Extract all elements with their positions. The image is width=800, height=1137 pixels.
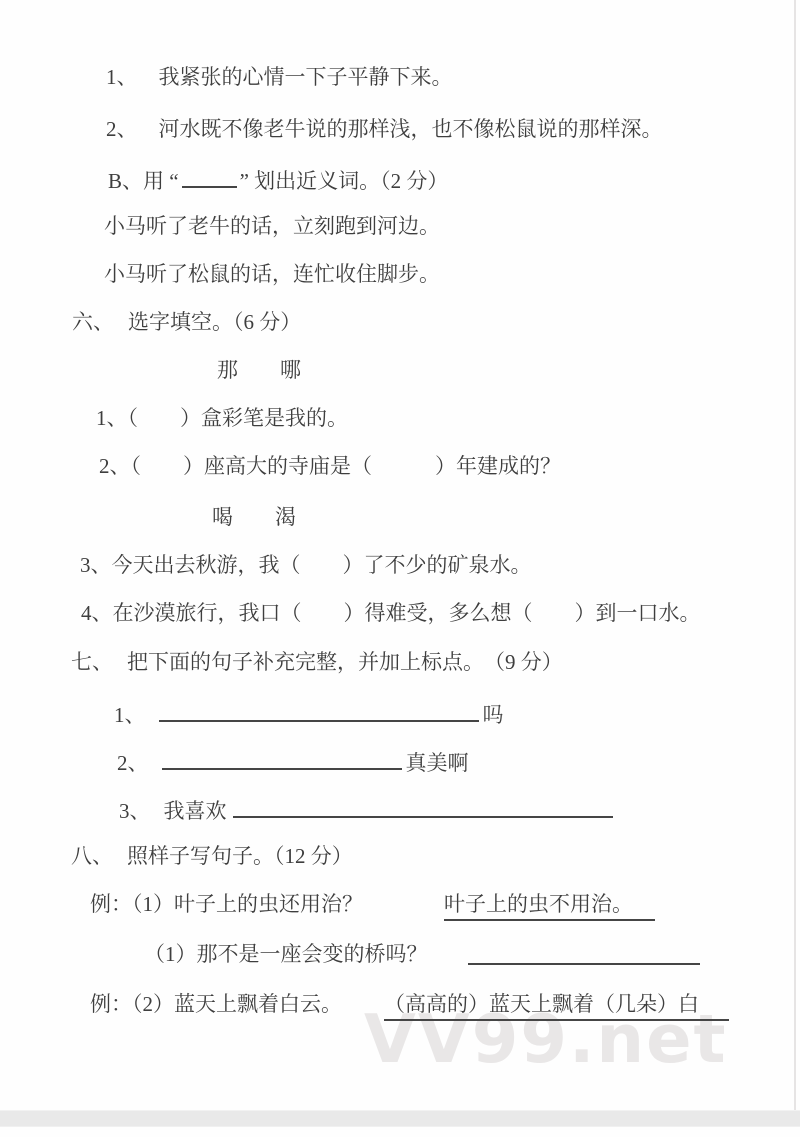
part-b-sentence-2: 小马听了松鼠的话，连忙收住脚步。 bbox=[104, 261, 440, 287]
sentence-text: 小马听了老牛的话，立刻跑到河边。 bbox=[104, 214, 440, 238]
page-edge-line bbox=[794, 0, 796, 1110]
answer-blank bbox=[468, 941, 700, 965]
section6-item-3: 3、今天出去秋游，我（ ）了不少的矿泉水。 bbox=[80, 552, 532, 578]
section6-item-2: 2、（ ）座高大的寺庙是（ ）年建成的？ bbox=[99, 453, 561, 479]
part-b-instruction: B、用 “” 划出近义词。（2 分） bbox=[108, 164, 448, 194]
item-number: 2、 bbox=[106, 116, 138, 142]
item-number: 1、 bbox=[114, 702, 146, 728]
answer-blank bbox=[159, 698, 479, 722]
answer-blank bbox=[233, 794, 613, 818]
section6-choice-pair-1: 那 哪 bbox=[217, 357, 301, 383]
section8-item1-blank bbox=[468, 941, 700, 971]
worksheet-page: VV99.net 1、我紧张的心情一下子平静下来。 2、河水既不像老牛说的那样浅… bbox=[0, 0, 800, 1137]
section8-example1-answer: 叶子上的虫不用治。 bbox=[444, 891, 655, 921]
item-number: 1、 bbox=[106, 64, 138, 90]
section7-heading: 七、把下面的句子补充完整，并加上标点。 （9 分） bbox=[71, 649, 563, 675]
instruction-prefix: B、用 “ bbox=[108, 169, 179, 193]
instruction-suffix: ” 划出近义词。（2 分） bbox=[240, 169, 449, 193]
page-separator-band bbox=[0, 1110, 800, 1127]
item-suffix: 吗 bbox=[483, 703, 504, 727]
section8-item1-question: （1）那不是一座会变的桥吗？ bbox=[144, 941, 428, 967]
section6-heading: 六、选字填空。（6 分） bbox=[72, 309, 301, 335]
example-answer: 叶子上的虫不用治。 bbox=[444, 891, 655, 921]
item-text: 2、（ ）座高大的寺庙是（ ）年建成的？ bbox=[99, 454, 561, 478]
section6-item-4: 4、在沙漠旅行，我口（ ）得难受，多么想（ ）到一口水。 bbox=[81, 600, 701, 626]
section-number: 八、 bbox=[71, 843, 113, 869]
choice-characters: 喝 渴 bbox=[212, 505, 296, 529]
sentence-text: 小马听了松鼠的话，连忙收住脚步。 bbox=[104, 262, 440, 286]
intro-item-2: 2、河水既不像老牛说的那样浅，也不像松鼠说的那样深。 bbox=[106, 116, 663, 142]
section8-example2-question: 例：（2）蓝天上飘着白云。 bbox=[90, 991, 342, 1017]
item-number: 2、 bbox=[117, 750, 149, 776]
section-title: 把下面的句子补充完整，并加上标点。 （9 分） bbox=[127, 650, 563, 674]
section6-item-1: 1、（ ）盒彩笔是我的。 bbox=[96, 405, 348, 431]
section-number: 六、 bbox=[72, 309, 114, 335]
item-text: 1、（ ）盒彩笔是我的。 bbox=[96, 406, 348, 430]
item-number: 3、 bbox=[119, 798, 151, 824]
example-answer: （高高的）蓝天上飘着（几朵）白 bbox=[384, 991, 729, 1021]
section8-heading: 八、照样子写句子。（12 分） bbox=[71, 843, 353, 869]
item-text: （1）那不是一座会变的桥吗？ bbox=[144, 942, 428, 966]
section8-example1-question: 例：（1）叶子上的虫还用治？ bbox=[90, 891, 363, 917]
answer-blank bbox=[182, 164, 237, 188]
item-text: 4、在沙漠旅行，我口（ ）得难受，多么想（ ）到一口水。 bbox=[81, 601, 701, 625]
section-title: 照样子写句子。（12 分） bbox=[127, 844, 353, 868]
example-label: 例：（1）叶子上的虫还用治？ bbox=[90, 892, 363, 916]
part-b-sentence-1: 小马听了老牛的话，立刻跑到河边。 bbox=[104, 213, 440, 239]
intro-item-1: 1、我紧张的心情一下子平静下来。 bbox=[106, 64, 453, 90]
section7-item-1: 1、吗 bbox=[114, 698, 504, 728]
section-number: 七、 bbox=[71, 649, 113, 675]
example-label: 例：（2）蓝天上飘着白云。 bbox=[90, 992, 342, 1016]
section6-choice-pair-2: 喝 渴 bbox=[212, 504, 296, 530]
item-text: 我紧张的心情一下子平静下来。 bbox=[159, 65, 453, 89]
item-suffix: 真美啊 bbox=[406, 751, 469, 775]
item-prefix: 我喜欢 bbox=[164, 799, 227, 823]
section7-item-2: 2、真美啊 bbox=[117, 746, 469, 776]
item-text: 3、今天出去秋游，我（ ）了不少的矿泉水。 bbox=[80, 553, 532, 577]
section7-item-3: 3、我喜欢 bbox=[119, 794, 613, 824]
section8-example2-answer: （高高的）蓝天上飘着（几朵）白 bbox=[384, 991, 729, 1021]
answer-blank bbox=[162, 746, 402, 770]
choice-characters: 那 哪 bbox=[217, 358, 301, 382]
item-text: 河水既不像老牛说的那样浅，也不像松鼠说的那样深。 bbox=[159, 117, 663, 141]
section-title: 选字填空。（6 分） bbox=[128, 310, 301, 334]
